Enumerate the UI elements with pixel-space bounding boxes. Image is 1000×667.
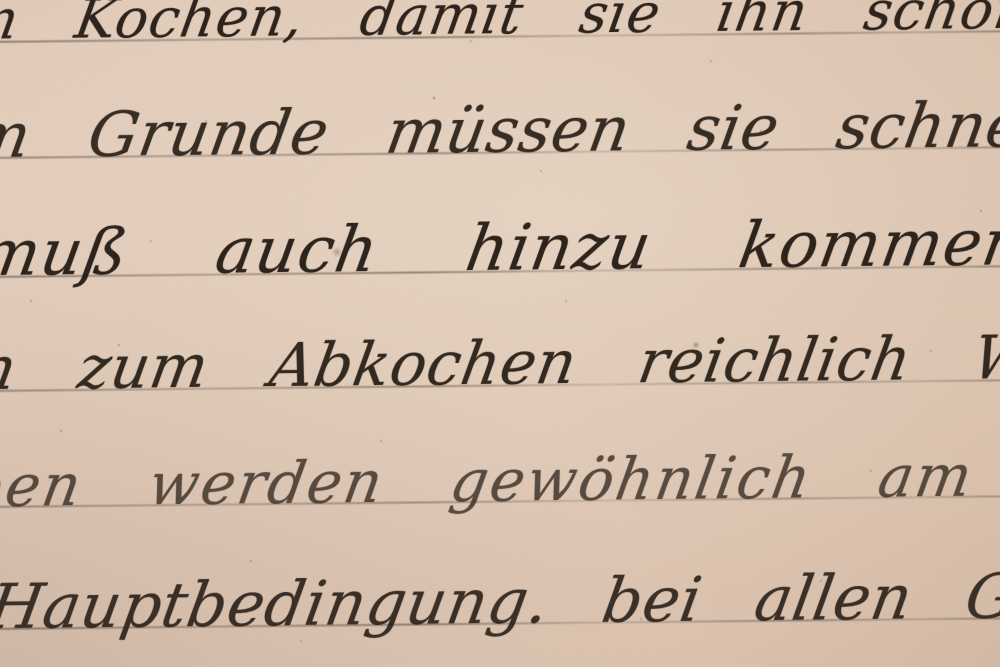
handwriting-line-6: Hauptbedingung. bei allen Gemü [0, 564, 1000, 638]
manuscript-photo: m Kochen, damit sie ihn schön ge m Grund… [0, 0, 1000, 667]
handwriting-line-2: m Grunde müssen sie schnell w [0, 92, 1000, 167]
handwriting-line-5: ben werden gewöhnlich am Tage [0, 444, 1000, 515]
handwriting-line-4: n zum Abkochen reichlich Wasse [0, 326, 1000, 399]
handwriting-line-3: muß auch hinzu kommen. A [0, 209, 1000, 286]
handwriting-line-1: m Kochen, damit sie ihn schön ge [0, 0, 1000, 48]
